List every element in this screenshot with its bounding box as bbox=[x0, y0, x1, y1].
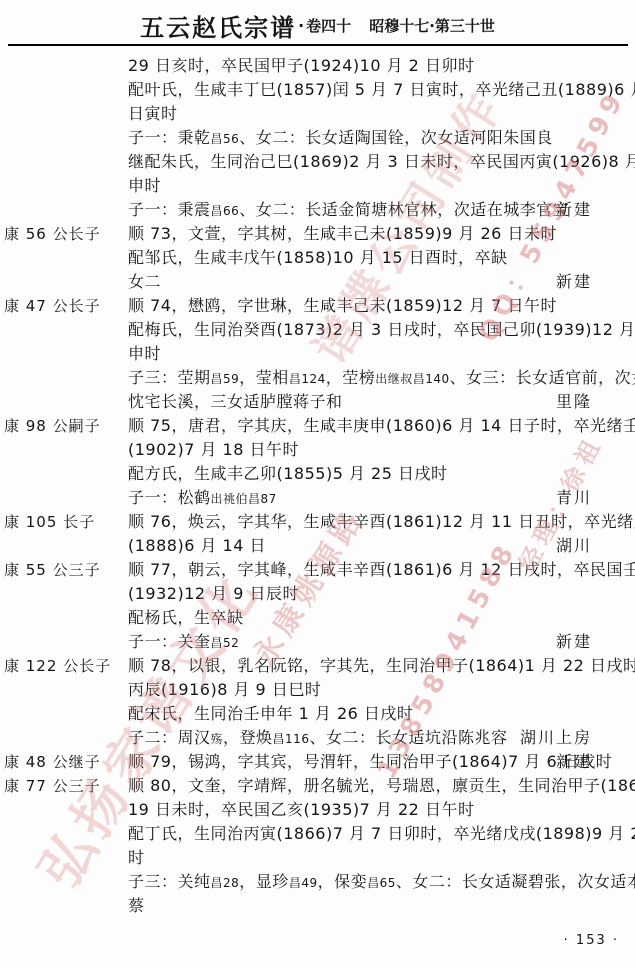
entry-small-annotation: 昌65 bbox=[367, 876, 396, 890]
branch-place-name: 新建 bbox=[556, 630, 592, 654]
entry-text-segment: ，茔榜 bbox=[326, 368, 376, 387]
lineage-relation-label: 康 47 公长子 bbox=[4, 294, 101, 318]
entry-text: 子三：关纯昌28，显珍昌49，保娈昌65、女二：长女适凝碧张，次女适本村 bbox=[128, 870, 635, 895]
entry-text: 女二 bbox=[128, 270, 161, 294]
entry-text-segment: 日寅时 bbox=[128, 104, 178, 123]
entry-text-segment: 子一：关奎 bbox=[128, 632, 211, 651]
entry-line: 申时 bbox=[0, 342, 635, 366]
entry-small-annotation: 昌59 bbox=[211, 372, 240, 386]
entry-line: 配叶氏，生咸丰丁巳(1857)闰 5 月 7 日寅时，卒光绪己丑(1889)6 … bbox=[0, 78, 635, 102]
branch-place-name: 里隆 bbox=[556, 390, 592, 414]
entry-text-segment: 顺 74，懋鸥，字世琳，生咸丰己未(1859)12 月 7 日午时 bbox=[128, 296, 557, 315]
entry-line: 19 日未时，卒民国乙亥(1935)7 月 22 日午时 bbox=[0, 798, 635, 822]
entry-line: 时 bbox=[0, 846, 635, 870]
entry-text-segment: 配方氏，生咸丰乙卯(1855)5 月 25 日戌时 bbox=[128, 464, 448, 483]
entry-text: 子一：松鹤出祧伯昌87 bbox=[128, 486, 277, 511]
entry-text-segment: 顺 79，锡鸿，字其宾，号渭轩，生同治甲子(1864)7 月 6 日戌时 bbox=[128, 752, 612, 771]
entry-line: 继配朱氏，生同治己巳(1869)2 月 3 日未时，卒民国丙寅(1926)8 月… bbox=[0, 150, 635, 174]
entry-text: 顺 76，焕云，字其华，生咸丰辛酉(1861)12 月 11 日丑时，卒光绪戊子 bbox=[128, 510, 635, 534]
entry-small-annotation: 昌49 bbox=[289, 876, 318, 890]
branch-place-name: 湖川 bbox=[556, 534, 592, 558]
entry-text: 子一：秉乾昌56、女二：长女适陶国铨，次女适河阳朱国良 bbox=[128, 126, 553, 151]
entry-text: 忱宅长溪，三女适胪膛蒋子和 bbox=[128, 390, 343, 414]
entry-text: 配丁氏，生同治丙寅(1866)7 月 7 日卯时，卒光绪戊戌(1898)9 月 … bbox=[128, 822, 635, 846]
entry-line: 康 48 公继子顺 79，锡鸿，字其宾，号渭轩，生同治甲子(1864)7 月 6… bbox=[0, 750, 635, 774]
lineage-relation-label: 康 55 公三子 bbox=[4, 558, 101, 582]
entry-text: 配方氏，生咸丰乙卯(1855)5 月 25 日戌时 bbox=[128, 462, 448, 486]
entry-line: 康 56 公长子顺 73，文萱，字其树，生咸丰己未(1859)9 月 26 日未… bbox=[0, 222, 635, 246]
book-title: 五云赵氏宗谱 bbox=[140, 14, 296, 42]
lineage-relation-label: 康 122 公长子 bbox=[4, 654, 111, 678]
entry-text: (1888)6 月 14 日 bbox=[128, 534, 266, 558]
entry-line: 康 55 公三子顺 77，朝云，字其峰，生咸丰辛酉(1861)6 月 12 日戌… bbox=[0, 558, 635, 582]
entry-text: 顺 79，锡鸿，字其宾，号渭轩，生同治甲子(1864)7 月 6 日戌时 bbox=[128, 750, 612, 774]
entry-text-segment: 顺 80，文奎，字靖辉，册名毓光，号瑞恩，廪贡生，生同治甲子(1864)9 月 bbox=[128, 776, 635, 795]
entry-text: 子一：关奎昌52 bbox=[128, 630, 239, 655]
branch-place-name: 新建 bbox=[556, 750, 592, 774]
entry-line: 子一：秉乾昌56、女二：长女适陶国铨，次女适河阳朱国良 bbox=[0, 126, 635, 150]
entry-line: 日寅时 bbox=[0, 102, 635, 126]
entry-text-segment: 丙辰(1916)8 月 9 日巳时 bbox=[128, 680, 321, 699]
entry-line: 子一：关奎昌52新建 bbox=[0, 630, 635, 654]
entry-text-segment: 顺 78，以银，乳名阮铭，字其先，生同治甲子(1864)1 月 22 日戌时，卒… bbox=[128, 656, 635, 675]
entry-line: 配宋氏，生同治壬申年 1 月 26 日戌时 bbox=[0, 702, 635, 726]
entry-small-annotation: 出继叔昌140 bbox=[375, 372, 449, 386]
entry-text-segment: (1902)7 月 18 日午时 bbox=[128, 440, 299, 459]
page-header: 五云赵氏宗谱·卷四十昭穆十七·第三十世 bbox=[0, 8, 635, 43]
entry-text: 配宋氏，生同治壬申年 1 月 26 日戌时 bbox=[128, 702, 413, 726]
entry-line: 康 122 公长子顺 78，以银，乳名阮铭，字其先，生同治甲子(1864)1 月… bbox=[0, 654, 635, 678]
entry-text-segment: 顺 77，朝云，字其峰，生咸丰辛酉(1861)6 月 12 日戌时，卒民国壬申 bbox=[128, 560, 635, 579]
entry-text: 申时 bbox=[128, 174, 161, 198]
entry-text: 29 日亥时，卒民国甲子(1924)10 月 2 日卯时 bbox=[128, 54, 474, 78]
branch-place-name: 新建 bbox=[556, 198, 592, 222]
entry-small-annotation: 昌56 bbox=[211, 132, 240, 146]
generation-subtitle: 昭穆十七·第三十世 bbox=[369, 17, 495, 35]
entry-line: 子三：关纯昌28，显珍昌49，保娈昌65、女二：长女适凝碧张，次女适本村 bbox=[0, 870, 635, 894]
entry-line: 申时 bbox=[0, 174, 635, 198]
entry-text-segment: 继配朱氏，生同治己巳(1869)2 月 3 日未时，卒民国丙寅(1926)8 月… bbox=[128, 152, 635, 171]
entry-text-segment: 子三：关纯 bbox=[128, 872, 211, 891]
entry-text-segment: 、女二：长女适坑沿陈兆容 bbox=[309, 728, 507, 747]
entry-text-segment: 19 日未时，卒民国乙亥(1935)7 月 22 日午时 bbox=[128, 800, 474, 819]
entry-line: 配邹氏，生咸丰戊午(1858)10 月 15 日酉时，卒缺 bbox=[0, 246, 635, 270]
entry-text-segment: 时 bbox=[128, 848, 145, 867]
entry-small-annotation: 昌28 bbox=[211, 876, 240, 890]
entry-small-annotation: 昌116 bbox=[273, 732, 310, 746]
entry-text: 子三：茔期昌59，莹相昌124，茔榜出继叔昌140、女三：长女适官前，次女适 bbox=[128, 366, 635, 391]
entry-text: (1932)12 月 9 日辰时 bbox=[128, 582, 299, 606]
branch-place-name: 湖川上房 bbox=[520, 726, 592, 750]
entry-text-segment: 配宋氏，生同治壬申年 1 月 26 日戌时 bbox=[128, 704, 413, 723]
volume-label: 卷四十 bbox=[306, 17, 351, 35]
entry-text: 顺 78，以银，乳名阮铭，字其先，生同治甲子(1864)1 月 22 日戌时，卒… bbox=[128, 654, 635, 678]
entry-line: (1902)7 月 18 日午时 bbox=[0, 438, 635, 462]
entry-text-segment: 配梅氏，生同治癸酉(1873)2 月 3 日戌时，卒民国己卯(1939)12 月… bbox=[128, 320, 635, 339]
page-number: · 153 · bbox=[564, 933, 619, 948]
entry-text-segment: ，登焕 bbox=[223, 728, 273, 747]
header-rule-line bbox=[8, 44, 628, 46]
entry-line: 子二：周汉殇，登焕昌116、女二：长女适坑沿陈兆容湖川上房 bbox=[0, 726, 635, 750]
entry-text-segment: 、女二：长女适凝碧张，次女适本村 bbox=[396, 872, 635, 891]
branch-place-name: 青川 bbox=[556, 486, 592, 510]
entry-text-segment: 、女二：长适金简塘林官林，次适在城李官宝 bbox=[239, 200, 569, 219]
entry-small-annotation: 昌66 bbox=[211, 204, 240, 218]
entry-line: 子一：松鹤出祧伯昌87青川 bbox=[0, 486, 635, 510]
entry-line: 配梅氏，生同治癸酉(1873)2 月 3 日戌时，卒民国己卯(1939)12 月… bbox=[0, 318, 635, 342]
title-separator-dot: · bbox=[296, 16, 306, 35]
entry-line: 配方氏，生咸丰乙卯(1855)5 月 25 日戌时 bbox=[0, 462, 635, 486]
entry-line: 子三：茔期昌59，莹相昌124，茔榜出继叔昌140、女三：长女适官前，次女适 bbox=[0, 366, 635, 390]
entry-line: (1888)6 月 14 日湖川 bbox=[0, 534, 635, 558]
entry-text: 19 日未时，卒民国乙亥(1935)7 月 22 日午时 bbox=[128, 798, 474, 822]
entry-text: 顺 77，朝云，字其峰，生咸丰辛酉(1861)6 月 12 日戌时，卒民国壬申 bbox=[128, 558, 635, 582]
entry-text-segment: 29 日亥时，卒民国甲子(1924)10 月 2 日卯时 bbox=[128, 56, 474, 75]
entry-text-segment: 蔡 bbox=[128, 896, 145, 915]
entry-small-annotation: 昌52 bbox=[211, 636, 240, 650]
entry-text-segment: 顺 76，焕云，字其华，生咸丰辛酉(1861)12 月 11 日丑时，卒光绪戊子 bbox=[128, 512, 635, 531]
entry-text-segment: 申时 bbox=[128, 344, 161, 363]
entry-line: 康 98 公嗣子顺 75，唐君，字其庆，生咸丰庚申(1860)6 月 14 日子… bbox=[0, 414, 635, 438]
entry-line: (1932)12 月 9 日辰时 bbox=[0, 582, 635, 606]
entry-text: 配梅氏，生同治癸酉(1873)2 月 3 日戌时，卒民国己卯(1939)12 月… bbox=[128, 318, 635, 342]
entry-line: 配丁氏，生同治丙寅(1866)7 月 7 日卯时，卒光绪戊戌(1898)9 月 … bbox=[0, 822, 635, 846]
entry-line: 忱宅长溪，三女适胪膛蒋子和里隆 bbox=[0, 390, 635, 414]
entry-text: 日寅时 bbox=[128, 102, 178, 126]
lineage-relation-label: 康 98 公嗣子 bbox=[4, 414, 101, 438]
entry-small-annotation: 出祧伯昌87 bbox=[211, 492, 277, 506]
entry-line: 女二新建 bbox=[0, 270, 635, 294]
entry-text-segment: ，保娈 bbox=[318, 872, 368, 891]
entry-line: 配杨氏，生卒缺 bbox=[0, 606, 635, 630]
entry-text: 丙辰(1916)8 月 9 日巳时 bbox=[128, 678, 321, 702]
entry-text-segment: (1932)12 月 9 日辰时 bbox=[128, 584, 299, 603]
entry-text: 顺 74，懋鸥，字世琳，生咸丰己未(1859)12 月 7 日午时 bbox=[128, 294, 557, 318]
entry-text-segment: 配邹氏，生咸丰戊午(1858)10 月 15 日酉时，卒缺 bbox=[128, 248, 508, 267]
entry-text-segment: 子三：茔期 bbox=[128, 368, 211, 387]
lineage-relation-label: 康 77 公三子 bbox=[4, 774, 101, 798]
genealogy-entries: 29 日亥时，卒民国甲子(1924)10 月 2 日卯时配叶氏，生咸丰丁巳(18… bbox=[0, 54, 635, 918]
entry-line: 29 日亥时，卒民国甲子(1924)10 月 2 日卯时 bbox=[0, 54, 635, 78]
entry-text-segment: ，莹相 bbox=[239, 368, 289, 387]
entry-text-segment: ，显珍 bbox=[239, 872, 289, 891]
entry-text: 顺 73，文萱，字其树，生咸丰己未(1859)9 月 26 日未时 bbox=[128, 222, 557, 246]
entry-text-segment: 子一：秉震 bbox=[128, 200, 211, 219]
entry-line: 康 47 公长子顺 74，懋鸥，字世琳，生咸丰己未(1859)12 月 7 日午… bbox=[0, 294, 635, 318]
entry-text-segment: 配丁氏，生同治丙寅(1866)7 月 7 日卯时，卒光绪戊戌(1898)9 月 … bbox=[128, 824, 635, 843]
entry-line: 丙辰(1916)8 月 9 日巳时 bbox=[0, 678, 635, 702]
entry-small-annotation: 昌124 bbox=[289, 372, 326, 386]
entry-text-segment: 子一：松鹤 bbox=[128, 488, 211, 507]
entry-text-segment: 子二：周汉 bbox=[128, 728, 211, 747]
entry-line: 蔡 bbox=[0, 894, 635, 918]
lineage-relation-label: 康 56 公长子 bbox=[4, 222, 101, 246]
entry-text: (1902)7 月 18 日午时 bbox=[128, 438, 299, 462]
entry-text-segment: 申时 bbox=[128, 176, 161, 195]
entry-text-segment: 顺 75，唐君，字其庆，生咸丰庚申(1860)6 月 14 日子时，卒光绪壬寅 bbox=[128, 416, 635, 435]
genealogy-page: 五云赵氏宗谱·卷四十昭穆十七·第三十世 29 日亥时，卒民国甲子(1924)10… bbox=[0, 0, 635, 968]
entry-text: 顺 80，文奎，字靖辉，册名毓光，号瑞恩，廪贡生，生同治甲子(1864)9 月 bbox=[128, 774, 635, 798]
lineage-relation-label: 康 48 公继子 bbox=[4, 750, 101, 774]
entry-text: 顺 75，唐君，字其庆，生咸丰庚申(1860)6 月 14 日子时，卒光绪壬寅 bbox=[128, 414, 635, 438]
branch-place-name: 新建 bbox=[556, 270, 592, 294]
entry-text-segment: 、女三：长女适官前，次女适 bbox=[450, 368, 635, 387]
entry-text: 配杨氏，生卒缺 bbox=[128, 606, 244, 630]
entry-text-segment: 顺 73，文萱，字其树，生咸丰己未(1859)9 月 26 日未时 bbox=[128, 224, 557, 243]
entry-small-annotation: 殇 bbox=[211, 732, 224, 746]
entry-text: 蔡 bbox=[128, 894, 145, 918]
entry-text-segment: 配杨氏，生卒缺 bbox=[128, 608, 244, 627]
entry-text-segment: 、女二：长女适陶国铨，次女适河阳朱国良 bbox=[239, 128, 553, 147]
entry-text-segment: (1888)6 月 14 日 bbox=[128, 536, 266, 555]
entry-text: 配邹氏，生咸丰戊午(1858)10 月 15 日酉时，卒缺 bbox=[128, 246, 508, 270]
entry-text-segment: 子一：秉乾 bbox=[128, 128, 211, 147]
entry-text: 继配朱氏，生同治己巳(1869)2 月 3 日未时，卒民国丙寅(1926)8 月… bbox=[128, 150, 635, 174]
entry-line: 子一：秉震昌66、女二：长适金简塘林官林，次适在城李官宝新建 bbox=[0, 198, 635, 222]
lineage-relation-label: 康 105 长子 bbox=[4, 510, 95, 534]
entry-text: 申时 bbox=[128, 342, 161, 366]
entry-text: 子二：周汉殇，登焕昌116、女二：长女适坑沿陈兆容 bbox=[128, 726, 507, 751]
entry-line: 康 77 公三子顺 80，文奎，字靖辉，册名毓光，号瑞恩，廪贡生，生同治甲子(1… bbox=[0, 774, 635, 798]
entry-text: 配叶氏，生咸丰丁巳(1857)闰 5 月 7 日寅时，卒光绪己丑(1889)6 … bbox=[128, 78, 635, 102]
entry-text-segment: 配叶氏，生咸丰丁巳(1857)闰 5 月 7 日寅时，卒光绪己丑(1889)6 … bbox=[128, 80, 635, 99]
entry-text: 子一：秉震昌66、女二：长适金简塘林官林，次适在城李官宝 bbox=[128, 198, 569, 223]
entry-line: 康 105 长子顺 76，焕云，字其华，生咸丰辛酉(1861)12 月 11 日… bbox=[0, 510, 635, 534]
entry-text: 时 bbox=[128, 846, 145, 870]
entry-text-segment: 女二 bbox=[128, 272, 161, 291]
entry-text-segment: 忱宅长溪，三女适胪膛蒋子和 bbox=[128, 392, 343, 411]
